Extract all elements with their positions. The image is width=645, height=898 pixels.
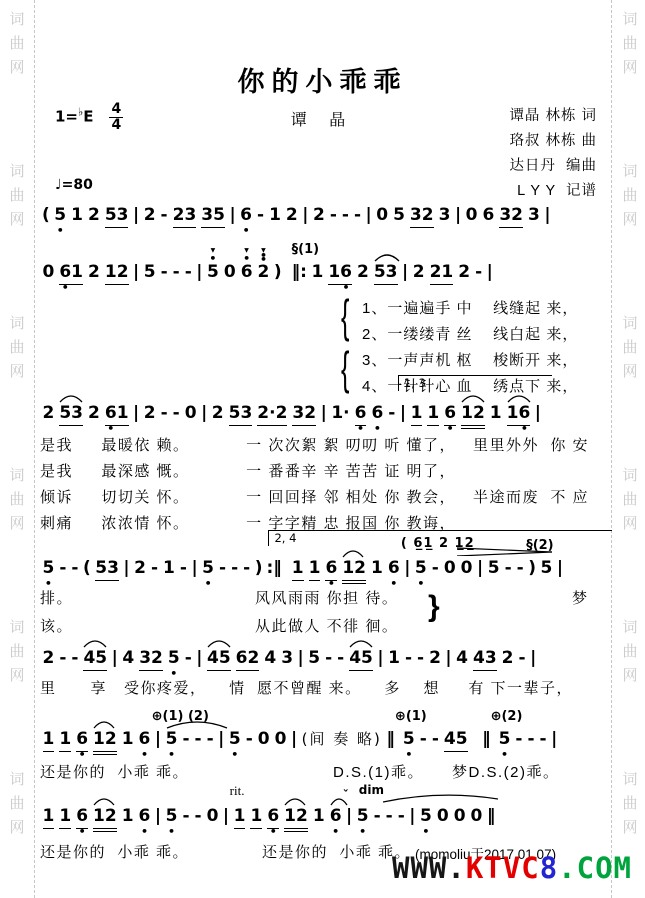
slur-arc <box>461 394 485 403</box>
barline: :‖2, 4 <box>266 558 281 580</box>
barline: | <box>291 729 297 751</box>
note-token: 32 <box>292 403 316 426</box>
note-token: 5 <box>144 262 156 284</box>
barline: | <box>377 648 383 670</box>
watermark-char: 网 <box>6 208 28 232</box>
watermark-group: 词曲网 <box>6 160 28 232</box>
lyric-line: 排。 <box>40 587 73 608</box>
watermark-char: 网 <box>619 360 641 384</box>
octave-dot-below: • <box>76 829 88 834</box>
watermark-group: 词曲网 <box>619 768 641 840</box>
note-token: 1rit. <box>234 806 246 829</box>
note-token: - <box>432 729 439 751</box>
barline: | <box>535 403 541 425</box>
note-token: 5•( 6̲1̲ 2 1̲2̲ <box>415 558 427 580</box>
watermark-char: 网 <box>619 816 641 840</box>
note-token: - <box>173 262 180 284</box>
octave-dot-below: • <box>518 426 530 431</box>
octave-dot-below: • <box>202 581 214 586</box>
meter-numerator: 4 <box>109 102 123 118</box>
note-token: 32 <box>499 205 523 228</box>
note-token: 2 <box>88 403 100 425</box>
note-token: 2 <box>286 205 298 227</box>
credit-composer: 珞叔 林栋 曲 <box>462 129 597 150</box>
note-token: 5 <box>488 558 500 580</box>
barline: | <box>551 729 557 751</box>
note-token: 1 <box>388 648 400 670</box>
note-token: 12 <box>93 806 117 829</box>
note-token: 35 <box>201 205 225 228</box>
note-token: 6• <box>371 403 383 425</box>
time-signature: 44 <box>109 102 123 132</box>
note-token: - <box>195 729 202 751</box>
barline: | <box>321 403 327 425</box>
verse-line-2: 5•--(53|2-1-|5•---):‖2, 4116•1216•|5•( 6… <box>40 558 565 586</box>
note-token: 61• <box>59 262 83 285</box>
note-token: 16• <box>328 262 352 285</box>
slur-arc <box>93 797 115 806</box>
verse-line-3-text: 3、一声声机 枢 梭断开 来， <box>362 349 578 370</box>
lyric-line: 是我 最暖依 赖。 一 次次絮 絮 叨叨 听 懂了， 里里外外 你 安 <box>40 434 589 455</box>
watermark-group: 词曲网 <box>6 464 28 536</box>
slur-arc <box>507 394 531 403</box>
note-token: 2 <box>212 403 224 425</box>
watermark-char: 词 <box>619 464 641 488</box>
note-token: 1 <box>59 806 71 829</box>
note-token: 43 <box>473 648 497 671</box>
barline: | <box>123 558 129 580</box>
watermark-char: 词 <box>6 160 28 184</box>
note-token: - <box>161 403 168 425</box>
site-watermark-segment: .COM <box>558 851 632 885</box>
note-token: 5•▼ <box>207 262 219 284</box>
watermark-group: 词曲网 <box>619 160 641 232</box>
note-token: 3 <box>439 205 451 227</box>
barline: | <box>302 205 308 227</box>
note-token: 0 <box>43 262 55 284</box>
note-token: 2 <box>88 262 100 284</box>
watermark-group: 词曲网 <box>619 464 641 536</box>
octave-dot-below: • <box>76 752 88 757</box>
barline: | <box>133 403 139 425</box>
note-token: 6• <box>355 403 367 426</box>
watermark-char: 曲 <box>6 32 28 56</box>
lyric-line: 风风雨雨 你担 待。 <box>255 587 398 608</box>
note-token: 4 <box>122 648 134 670</box>
note-token: 23 <box>173 205 197 228</box>
watermark-char: 网 <box>6 816 28 840</box>
octave-dot-below: • <box>325 581 337 586</box>
barline: ‖:§(1) <box>292 262 307 284</box>
watermark-group: 词曲网 <box>619 312 641 384</box>
note-token: 45 <box>207 648 231 671</box>
octave-dot-below: • <box>420 829 432 834</box>
note-token: 1 <box>71 205 83 227</box>
note-token: - <box>71 558 78 580</box>
note-token: - <box>59 558 66 580</box>
note-token: - <box>330 205 337 227</box>
barline: | <box>402 262 408 284</box>
barline: | <box>229 205 235 227</box>
barline: | <box>455 205 461 227</box>
note-token: 3 <box>281 648 293 670</box>
octave-dot-below: • <box>371 426 383 431</box>
left-dashed-divider <box>34 0 35 898</box>
note-token: 6 <box>483 205 495 227</box>
note-token: 12 <box>342 558 366 581</box>
note-token: - <box>151 558 158 580</box>
slur-arc <box>207 639 231 648</box>
note-token: 2 <box>502 648 514 670</box>
note-token: 0 <box>207 806 219 828</box>
note-token: 2 <box>144 205 156 227</box>
note-token: 5• <box>420 806 432 828</box>
key-signature: 1=♭E44 <box>55 102 123 132</box>
barline: | <box>445 648 451 670</box>
note-token: 1 <box>292 558 304 581</box>
octave-dot-below: • <box>415 581 427 586</box>
barline: ( <box>42 205 50 227</box>
credit-transcriber: L Y Y 记谱 <box>462 179 597 200</box>
note-token: 2 <box>134 558 146 580</box>
note-token: 1 <box>122 806 134 828</box>
volta-mark: 1, 3 <box>398 375 552 391</box>
lyric-line: 还是你的 小乖 乖。 <box>40 841 189 862</box>
breath-mark: ˇ <box>343 788 349 802</box>
note-token: 0 <box>437 806 449 828</box>
octave-dot-below: • <box>166 829 178 834</box>
site-watermark: WWW.KTVC8.COM <box>392 851 632 885</box>
watermark-char: 曲 <box>6 488 28 512</box>
note-token: 2 <box>43 648 55 670</box>
note-token: 32 <box>139 648 163 671</box>
barline: ) <box>274 262 282 284</box>
lyric-line: 还是你的 小乖 乖。 <box>40 761 189 782</box>
slur-arc <box>349 639 373 648</box>
note-token: 12 <box>105 262 129 285</box>
note-token: 21 <box>430 262 454 285</box>
accent-icon: ▼ <box>207 249 219 253</box>
barline: |1, 3 <box>400 403 406 425</box>
note-token: 62 <box>236 648 260 671</box>
watermark-group: 词曲网 <box>6 768 28 840</box>
coda-mark: ⊕(2) <box>491 709 523 724</box>
watermark-char: 网 <box>6 664 28 688</box>
note-token: 6•ˇ <box>330 806 342 828</box>
verse-brace-3-4: { <box>341 345 349 391</box>
barline: | <box>557 558 563 580</box>
watermark-char: 曲 <box>6 792 28 816</box>
barline: | <box>298 648 304 670</box>
watermark-group: 词曲网 <box>619 616 641 688</box>
note-token: 6• <box>76 806 88 829</box>
note-token: - <box>354 205 361 227</box>
tempo-marking: ♩=80 <box>55 177 93 193</box>
note-token: 5• <box>168 648 180 670</box>
note-token: 2 <box>413 262 425 284</box>
note-token: 0 <box>376 205 388 227</box>
note-token: 1 <box>427 403 439 426</box>
note-token: 5•⊕(2) <box>499 729 511 751</box>
watermark-char: 曲 <box>619 640 641 664</box>
slur-arc <box>342 549 364 558</box>
verse-line-2-text: 2、一缕缕青 丝 线白起 来， <box>362 323 578 344</box>
barline: | <box>404 558 410 580</box>
note-token: 1 <box>43 729 55 752</box>
note-token: 0 <box>258 729 270 751</box>
rit-mark: rit. <box>230 783 245 799</box>
segno-mark: §(1) <box>292 242 319 257</box>
credit-lyricist: 谭晶 林栋 词 <box>462 104 597 125</box>
octave-dot-below: • <box>267 829 279 834</box>
note-token: - <box>475 262 482 284</box>
barline: | <box>155 729 161 751</box>
note-token: 5 <box>393 205 405 227</box>
barline: | <box>530 648 536 670</box>
note-token: 1 <box>269 205 281 227</box>
note-token: 6• <box>240 205 252 227</box>
song-title: 你的小乖乖 <box>0 60 645 99</box>
note-token: 4 <box>264 648 276 670</box>
watermark-char: 词 <box>619 312 641 336</box>
watermark-char: 词 <box>619 8 641 32</box>
note-token: - <box>515 729 522 751</box>
note-token: 0 <box>224 262 236 284</box>
meter-denominator: 4 <box>109 118 123 133</box>
barline: ) <box>255 558 263 580</box>
note-token: 5• <box>166 806 178 828</box>
key-letter: E <box>83 108 93 126</box>
note-token: 61• <box>105 403 129 426</box>
watermark-char: 词 <box>619 768 641 792</box>
slur-arc <box>93 720 115 729</box>
note-token: - <box>161 205 168 227</box>
intro-line-1: (5•1253|2-2335|6•-12|2---|05323|06323| <box>40 205 553 233</box>
note-token: - <box>417 648 424 670</box>
note-token: 2 <box>88 205 100 227</box>
barline: | <box>133 205 139 227</box>
slur-arc <box>83 639 107 648</box>
note-token: 1· <box>331 403 349 425</box>
note-token: 2 <box>429 648 441 670</box>
note-token: - <box>182 729 189 751</box>
barline: | <box>409 806 415 828</box>
note-token: - <box>207 729 214 751</box>
watermark-group: 词曲网 <box>6 616 28 688</box>
watermark-char: 曲 <box>6 640 28 664</box>
note-token: 6• <box>267 806 279 829</box>
octave-dot-below: • <box>388 581 400 586</box>
left-side-watermark: 词曲网词曲网词曲网词曲网词曲网词曲网 <box>6 0 28 898</box>
site-watermark-segment: 8 <box>540 851 558 885</box>
note-token: 45 <box>349 648 373 671</box>
note-token: 2 <box>357 262 369 284</box>
octave-dot-below: • <box>340 285 352 290</box>
note-token: 12 <box>284 806 308 829</box>
watermark-char: 曲 <box>619 336 641 360</box>
note-token: 53 <box>59 403 83 426</box>
barline: | <box>218 729 224 751</box>
note-token: 6•▼ <box>241 262 253 284</box>
note-token: - <box>517 558 524 580</box>
lyric-line: 还是你的 小乖 乖。 <box>262 841 411 862</box>
watermark-char: 网 <box>619 664 641 688</box>
watermark-char: 词 <box>6 8 28 32</box>
note-token: 1 <box>163 558 175 580</box>
note-token: 0 <box>454 806 466 828</box>
note-token: 1 <box>250 806 262 829</box>
note-token: 53 <box>95 558 119 581</box>
watermark-char: 曲 <box>6 184 28 208</box>
octave-dot-below: • <box>105 426 117 431</box>
watermark-char: 曲 <box>619 32 641 56</box>
note-token: 53 <box>229 403 253 426</box>
lyric-line: 梦 <box>572 587 589 608</box>
note-token: 2 <box>43 403 55 425</box>
note-token: - <box>527 729 534 751</box>
note-token: 5 <box>308 648 320 670</box>
dimline-mark <box>383 792 498 804</box>
barline: | <box>477 558 483 580</box>
note-token: - <box>180 558 187 580</box>
accent-icon: ▼ <box>241 249 253 253</box>
note-token: 12 <box>461 403 485 426</box>
barline: ‖ <box>386 729 395 751</box>
chorus-line-2: 116•1216•|5•⊕(1) (2)---|5•-00|(间 奏 略)‖5•… <box>40 728 559 756</box>
note-token: - <box>337 648 344 670</box>
accent-icon: ▼ <box>258 249 270 253</box>
watermark-char: 词 <box>6 616 28 640</box>
barline: )§(2) <box>528 558 536 580</box>
barline: | <box>223 806 229 828</box>
octave-dot-below: • <box>43 581 55 586</box>
note-token: 0 <box>275 729 287 751</box>
note-token: 5•⊕(1) <box>403 729 415 751</box>
note-token: 6• <box>139 729 151 751</box>
slur-arc <box>59 394 83 403</box>
octave-dot-below: • <box>403 752 415 757</box>
lyric-line: } <box>428 590 440 624</box>
lyric-line: 倾诉 切切关 怀。 一 回回择 邻 相处 你 教会， 半途而废 不 应 <box>40 486 589 507</box>
note-token: - <box>432 558 439 580</box>
barline: | <box>201 403 207 425</box>
octave-dot-below: • <box>54 228 66 233</box>
note-token: 0 <box>185 403 197 425</box>
note-token: - <box>398 806 405 828</box>
watermark-char: 词 <box>6 312 28 336</box>
watermark-char: 网 <box>619 512 641 536</box>
note-token: 5• <box>202 558 214 580</box>
note-token: 5• <box>43 558 55 580</box>
octave-dot-below: • <box>357 829 369 834</box>
octave-dot-below: • <box>240 228 252 233</box>
barline: | <box>196 262 202 284</box>
watermark-char: 曲 <box>619 488 641 512</box>
note-token: - <box>325 648 332 670</box>
note-token: 1 <box>59 729 71 752</box>
watermark-char: 词 <box>6 464 28 488</box>
barline: | <box>155 806 161 828</box>
watermark-group: 词曲网 <box>6 312 28 384</box>
note-token: 5•⊕(1) (2) <box>166 729 178 751</box>
barline: | <box>544 205 550 227</box>
octave-dot-below: • <box>444 426 456 431</box>
note-token: - <box>71 648 78 670</box>
watermark-char: 网 <box>6 512 28 536</box>
octave-dot-below: • <box>499 752 511 757</box>
lyric-line: 是我 最深感 慨。 一 番番辛 辛 苦苦 证 明了， <box>40 460 456 481</box>
note-token: - <box>505 558 512 580</box>
note-token: 2·2 <box>257 403 287 426</box>
chorus-line-1: 2--45|4325•-|456243|5--45|1--2|4432-| <box>40 648 538 676</box>
octave-dot-below: • <box>330 829 342 834</box>
octave-dot-below: • <box>139 752 151 757</box>
note-token: - <box>182 806 189 828</box>
tempo-value: =80 <box>62 177 93 193</box>
note-token: 6• <box>444 403 456 426</box>
verse-line-1-text: 1、一遍遍手 中 线缝起 来， <box>362 297 578 318</box>
watermark-char: 曲 <box>619 792 641 816</box>
octave-dot-below: • <box>355 426 367 431</box>
coda-mark: ⊕(1) (2) <box>152 709 209 724</box>
watermark-char: 曲 <box>619 184 641 208</box>
note-token: 5• <box>54 205 66 227</box>
slur-arc <box>374 253 400 262</box>
verse-brace-1-2: { <box>341 293 349 339</box>
note-token: 5 <box>540 558 552 580</box>
barline: | <box>346 806 352 828</box>
note-token: 2 <box>458 262 470 284</box>
watermark-char: 网 <box>6 360 28 384</box>
note-token: - <box>420 729 427 751</box>
note-token: 0 <box>461 558 473 580</box>
site-watermark-segment: WWW. <box>392 851 466 885</box>
note-token: 1 <box>411 403 423 426</box>
note-token: 1 <box>371 558 383 580</box>
watermark-char: 词 <box>6 768 28 792</box>
lyric-line: 里 享 受你疼爱， 情 愿不曾醒 来。 多 想 有 下一辈子， <box>40 677 573 698</box>
note-token: - <box>161 262 168 284</box>
watermark-char: 曲 <box>6 336 28 360</box>
note-token: 2 <box>144 403 156 425</box>
note-token: - <box>231 558 238 580</box>
note-token: 1 <box>313 806 325 828</box>
note-token: - <box>519 648 526 670</box>
note-token: - <box>388 403 395 425</box>
note-token: 6• <box>325 558 337 581</box>
note-token: - <box>185 262 192 284</box>
note-token: 1 <box>309 558 321 581</box>
note-token: - <box>540 729 547 751</box>
note-token: 53 <box>374 262 398 285</box>
note-token: 1 <box>490 403 502 425</box>
watermark-char: 词 <box>619 616 641 640</box>
octave-dot-below: • <box>168 671 180 676</box>
segno-mark: §(2) <box>526 538 553 553</box>
octave-dot-above: •• <box>258 254 270 262</box>
lyric-line: 该。 <box>40 615 73 636</box>
note-token: 0 <box>466 205 478 227</box>
note-token: 1 <box>43 806 55 829</box>
note-token: - <box>374 806 381 828</box>
verse-line-1: 253261•|2--0|2532·232|1·6•6•-|1, 3116•12… <box>40 403 543 431</box>
barline: | <box>487 262 493 284</box>
site-watermark-segment: KTVC <box>466 851 540 885</box>
barline: | <box>196 648 202 670</box>
note-token: 0 <box>444 558 456 580</box>
note-token: 1 <box>311 262 323 284</box>
note-token: - <box>342 205 349 227</box>
